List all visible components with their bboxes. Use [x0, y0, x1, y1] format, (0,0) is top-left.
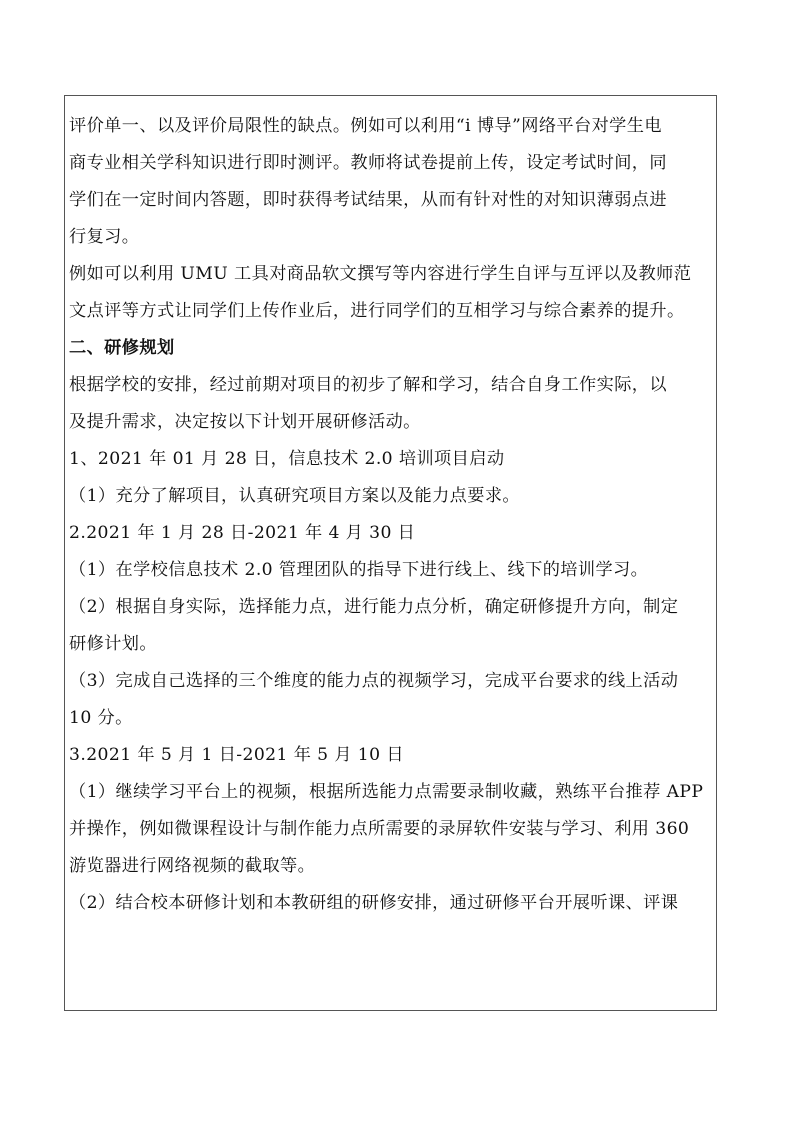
paragraph-line: 例如可以利用 UMU 工具对商品软文撰写等内容进行学生自评与互评以及教师范	[69, 263, 691, 285]
paragraph-line: 行复习。	[69, 226, 139, 248]
paragraph-line: （1）在学校信息技术 2.0 管理团队的指导下进行线上、线下的培训学习。	[69, 559, 648, 581]
paragraph-line: 商专业相关学科知识进行即时测评。教师将试卷提前上传，设定考试时间，同	[69, 152, 667, 174]
section-heading: 二、研修规划	[69, 337, 175, 359]
paragraph-line: 根据学校的安排，经过前期对项目的初步了解和学习，结合自身工作实际，以	[69, 374, 667, 396]
paragraph-line: 文点评等方式让同学们上传作业后，进行同学们的互相学习与综合素养的提升。	[69, 300, 685, 322]
paragraph-line: （1）继续学习平台上的视频，根据所选能力点需要录制收藏，熟练平台推荐 APP	[69, 781, 703, 803]
paragraph-line: 学们在一定时间内答题，即时获得考试结果，从而有针对性的对知识薄弱点进	[69, 189, 667, 211]
document-table-cell: 评价单一、以及评价局限性的缺点。例如可以利用“i 博导”网络平台对学生电 商专业…	[64, 95, 717, 1011]
paragraph-line: （3）完成自己选择的三个维度的能力点的视频学习，完成平台要求的线上活动	[69, 670, 678, 692]
paragraph-line: （2）结合校本研修计划和本教研组的研修安排，通过研修平台开展听课、评课	[69, 892, 678, 914]
paragraph-line: 研修计划。	[69, 633, 157, 655]
paragraph-line: （1）充分了解项目，认真研究项目方案以及能力点要求。	[69, 485, 520, 507]
paragraph-line: （2）根据自身实际，选择能力点，进行能力点分析，确定研修提升方向，制定	[69, 596, 678, 618]
paragraph-line: 2.2021 年 1 月 28 日-2021 年 4 月 30 日	[69, 522, 415, 544]
paragraph-line: 并操作，例如微课程设计与制作能力点所需要的录屏软件安装与学习、利用 360	[69, 818, 689, 840]
paragraph-line: 及提升需求，决定按以下计划开展研修活动。	[69, 411, 421, 433]
paragraph-line: 游览器进行网络视频的截取等。	[69, 855, 315, 877]
paragraph-line: 3.2021 年 5 月 1 日-2021 年 5 月 10 日	[69, 744, 404, 766]
paragraph-line: 评价单一、以及评价局限性的缺点。例如可以利用“i 博导”网络平台对学生电	[69, 115, 662, 137]
paragraph-line: 1、2021 年 01 月 28 日，信息技术 2.0 培训项目启动	[69, 448, 504, 470]
paragraph-line: 10 分。	[69, 707, 133, 729]
